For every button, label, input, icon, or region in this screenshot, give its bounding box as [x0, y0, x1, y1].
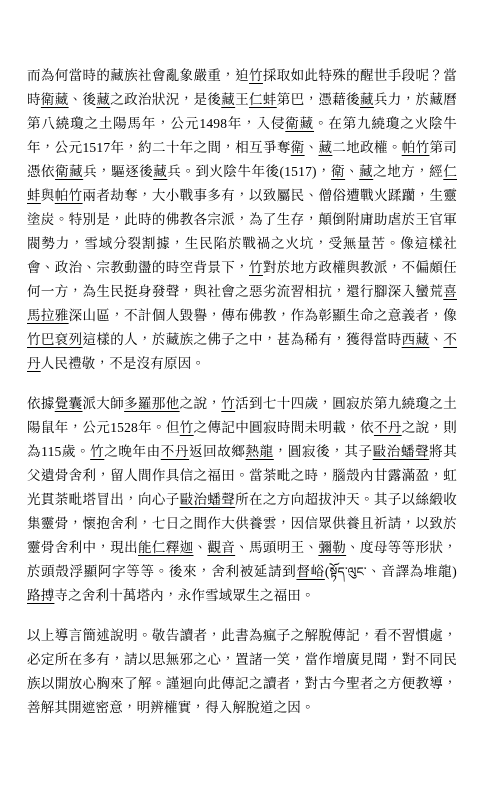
text-run: 、音譯為堆龍) [367, 564, 457, 579]
proper-noun-mark: 督峪 [296, 564, 324, 579]
proper-noun-mark: 觀音 [207, 540, 235, 555]
book-page: { "page": { "background_color": "#ffffff… [0, 0, 494, 790]
text-run: 之說， [180, 396, 222, 411]
proper-noun-mark: 竹 [249, 260, 263, 275]
proper-noun-mark: 多羅那他 [124, 396, 180, 411]
proper-noun-mark: 竹巴袞列 [27, 332, 83, 347]
text-run: 之地方，經 [373, 164, 443, 179]
text-run: 之傳記中圓寂時間未明載，依 [194, 420, 374, 435]
text-run: 、後 [69, 92, 97, 107]
proper-noun-mark: 衛藏 [285, 116, 314, 131]
text-run: 兵，驅逐後 [83, 164, 153, 179]
proper-noun-mark: 帕竹 [402, 140, 430, 155]
text-run: 之晚年由 [104, 444, 161, 459]
proper-noun-mark: 敺治蟠聲 [373, 444, 430, 459]
proper-noun-mark: 敺治蟠聲 [180, 492, 236, 507]
proper-noun-mark: 能仁釋迦 [138, 540, 194, 555]
proper-noun-mark: 路搏 [27, 588, 54, 603]
text-run: 派大師 [83, 396, 125, 411]
proper-noun-mark: 帕竹 [55, 188, 83, 203]
proper-noun-mark: 竹 [221, 396, 235, 411]
proper-noun-mark: 竹 [90, 444, 104, 459]
text-run: 、 [345, 164, 359, 179]
text-run: 、 [429, 332, 443, 347]
text-run: 依據 [27, 396, 55, 411]
text-run: 、 [305, 140, 319, 155]
proper-noun-mark: 西藏 [402, 332, 430, 347]
proper-noun-mark: 彌勒 [318, 540, 346, 555]
document-text-block: 而為何當時的藏族社會亂象嚴重，迫竹採取如此特殊的醒世手段呢？當時衛藏、後藏之政治… [27, 64, 457, 736]
text-run: 王 [235, 92, 249, 107]
proper-noun-mark: 衛 [291, 140, 305, 155]
proper-noun-mark: 覺囊 [55, 396, 83, 411]
proper-noun-mark: 藏 [318, 140, 332, 155]
text-run: 、馬頭明王、 [235, 540, 318, 555]
text-run: 之政治狀況，是後 [110, 92, 221, 107]
proper-noun-mark: 藏 [360, 92, 374, 107]
text-run: 第巴，憑藉後 [277, 92, 360, 107]
proper-noun-mark: 藏 [221, 92, 235, 107]
text-run: 寺之舍利十萬塔內，永作雪域眾生之福田。 [54, 588, 314, 603]
paragraph-2: 依據覺囊派大師多羅那他之說，竹活到七十四歲，圓寂於第九繞瓊之土陽鼠年，公元152… [27, 392, 457, 608]
proper-noun-mark: 衛藏 [41, 92, 69, 107]
text-run: 返回故鄉 [189, 444, 246, 459]
paragraph-1: 而為何當時的藏族社會亂象嚴重，迫竹採取如此特殊的醒世手段呢？當時衛藏、後藏之政治… [27, 64, 457, 376]
proper-noun-mark: 衛藏 [55, 164, 83, 179]
text-run: 二地政權。 [332, 140, 401, 155]
proper-noun-mark: 衛 [331, 164, 345, 179]
text-run: 與 [41, 188, 55, 203]
proper-noun-mark: 竹 [180, 420, 194, 435]
tibetan-text: སྟོད་ལུང་ [330, 565, 367, 579]
proper-noun-mark: 熱龍 [246, 444, 274, 459]
proper-noun-mark: 不丹 [161, 444, 189, 459]
text-run: 這樣的人，於藏族之佛子之中，甚為稀有，獲得當時 [83, 332, 402, 347]
text-run: 人民禮敬，不是沒有原因。 [41, 356, 205, 371]
proper-noun-mark: 藏 [96, 92, 110, 107]
proper-noun-mark: 藏 [359, 164, 373, 179]
proper-noun-mark: 不丹 [374, 420, 402, 435]
proper-noun-mark: 仁蚌 [249, 92, 277, 107]
text-run: 、 [194, 540, 208, 555]
text-run: ，圓寂後，其子 [274, 444, 373, 459]
text-run: 深山區，不計個人毀譽，傳布佛教，作為彰顯生命之意義者，像 [69, 308, 457, 323]
proper-noun-mark: 藏 [153, 164, 167, 179]
paragraph-3: 以上導言簡述說明。敬告讀者，此書為瘋子之解脫傳記，看不習慣處，必定所在多有，請以… [27, 624, 457, 720]
proper-noun-mark: 竹 [249, 68, 263, 83]
text-run: 而為何當時的藏族社會亂象嚴重，迫 [27, 68, 249, 83]
text-run: 兵。到火陰牛年後(1517)， [167, 164, 331, 179]
text-run: 以上導言簡述說明。敬告讀者，此書為瘋子之解脫傳記，看不習慣處，必定所在多有，請以… [27, 628, 457, 715]
